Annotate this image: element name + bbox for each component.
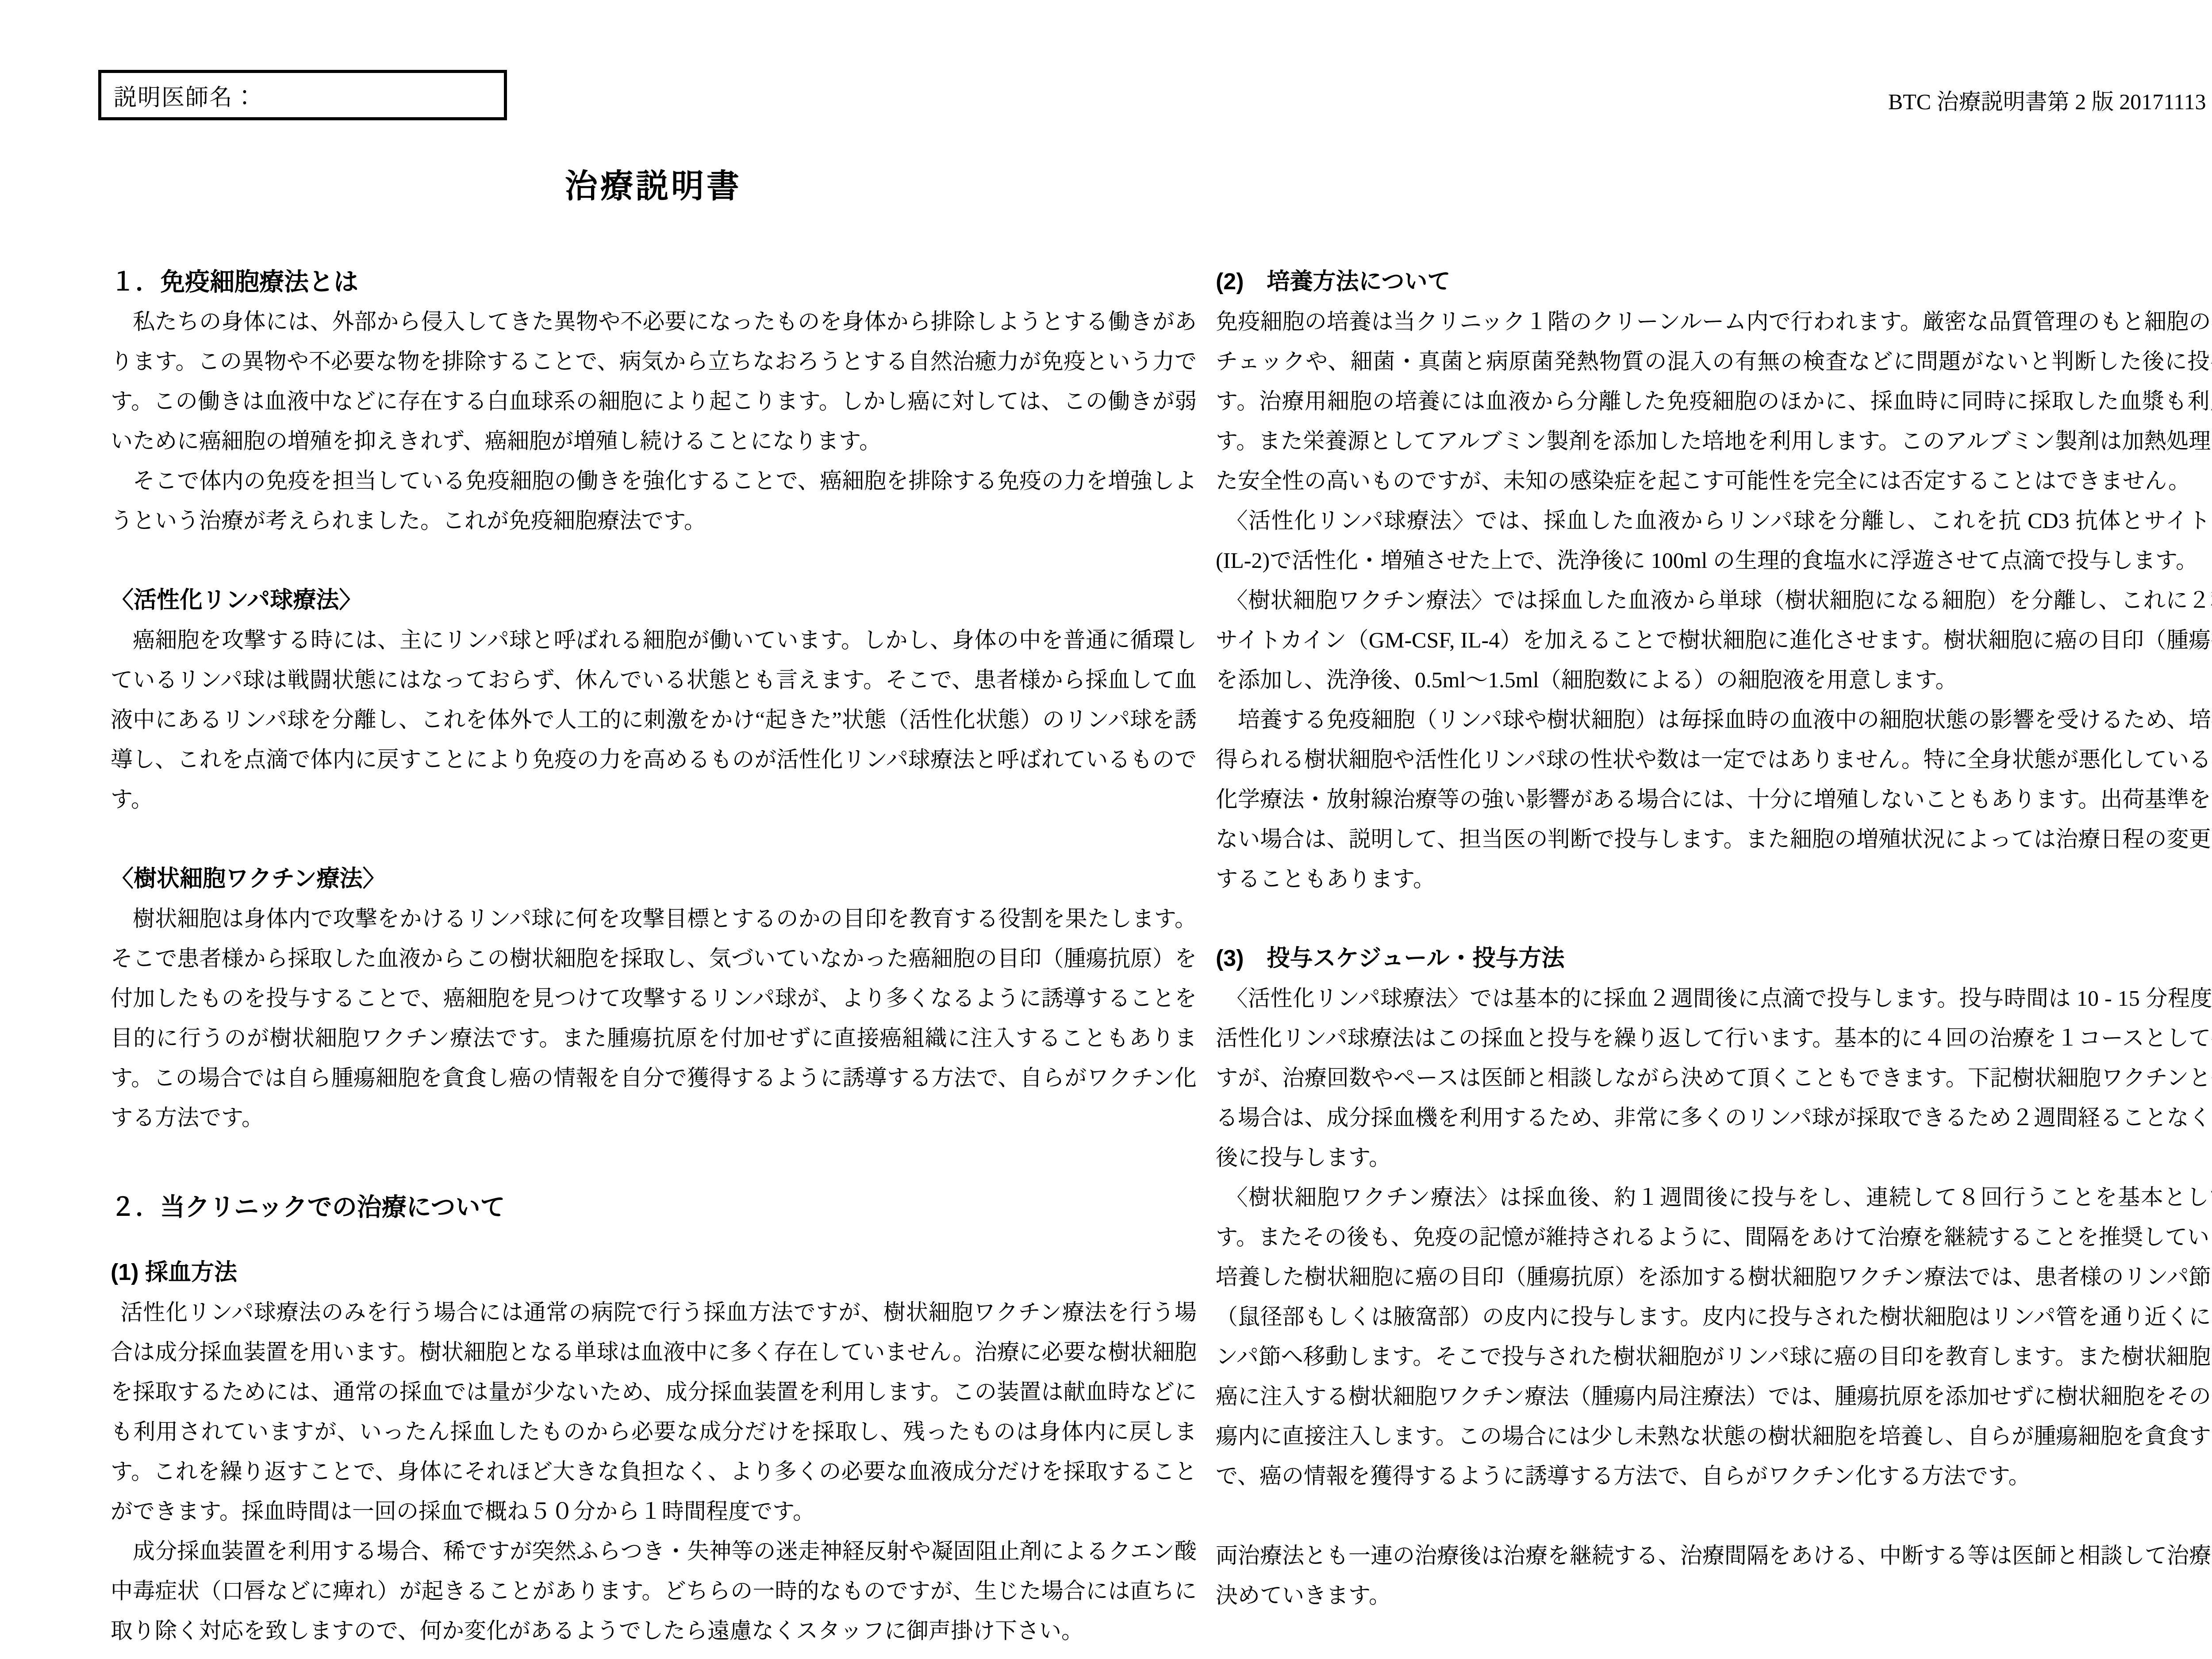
lymphocyte-therapy-paragraph: 癌細胞を攻撃する時には、主にリンパ球と呼ばれる細胞が働いています。しかし、身体の… — [111, 620, 1197, 819]
culture-method-paragraph-2: 〈活性化リンパ球療法〉では、採血した血液からリンパ球を分離し、これを抗 CD3 … — [1216, 501, 2212, 580]
document-page: 説明医師名： BTC 治療説明書第 2 版 20171113 改訂 治療説明書 … — [0, 0, 2212, 1659]
blood-collection-heading: (1) 採血方法 — [111, 1253, 1197, 1292]
lymphocyte-therapy-heading: 〈活性化リンパ球療法〉 — [111, 580, 1197, 620]
dendritic-vaccine-paragraph: 樹状細胞は身体内で攻撃をかけるリンパ球に何を攻撃目標とするのかの目印を教育する役… — [111, 899, 1197, 1138]
page-title: 治療説明書 — [565, 160, 742, 207]
blood-collection-paragraph-2: 成分採血装置を利用する場合、稀ですが突然ふらつき・失神等の迷走神経反射や凝固阻止… — [111, 1531, 1197, 1651]
dosing-schedule-paragraph-3: 培養した樹状細胞に癌の目印（腫瘍抗原）を添加する樹状細胞ワクチン療法では、患者様… — [1216, 1257, 2212, 1496]
section1-paragraph-2: そこで体内の免疫を担当している免疫細胞の働きを強化することで、癌細胞を排除する免… — [111, 461, 1197, 540]
dosing-schedule-paragraph-1: 〈活性化リンパ球療法〉では基本的に採血２週間後に点滴で投与します。投与時間は 1… — [1216, 978, 2212, 1177]
culture-method-paragraph-1: 免疫細胞の培養は当クリニック１階のクリーンルーム内で行われます。厳密な品質管理の… — [1216, 302, 2212, 501]
revision-note: BTC 治療説明書第 2 版 20171113 改訂 — [1888, 84, 2212, 116]
doctor-name-label: 説明医師名： — [101, 79, 257, 112]
culture-method-paragraph-3: 〈樹状細胞ワクチン療法〉では採血した血液から単球（樹状細胞になる細胞）を分離し、… — [1216, 580, 2212, 700]
section1-heading: １．免疫細胞療法とは — [111, 262, 1197, 302]
doctor-name-box: 説明医師名： — [98, 70, 507, 120]
section2-heading: ２．当クリニックでの治療について — [111, 1187, 1197, 1227]
right-column: (2) 培養方法について 免疫細胞の培養は当クリニック１階のクリーンルーム内で行… — [1216, 262, 2212, 1615]
left-column: １．免疫細胞療法とは 私たちの身体には、外部から侵入してきた異物や不必要になった… — [111, 262, 1197, 1651]
both-therapies-paragraph: 両治療法とも一連の治療後は治療を継続する、治療間隔をあける、中断する等は医師と相… — [1216, 1536, 2212, 1615]
culture-method-heading: (2) 培養方法について — [1216, 262, 2212, 302]
culture-method-paragraph-4: 培養する免疫細胞（リンパ球や樹状細胞）は毎採血時の血液中の細胞状態の影響を受ける… — [1216, 700, 2212, 899]
dosing-schedule-heading: (3) 投与スケジュール・投与方法 — [1216, 939, 2212, 978]
blood-collection-paragraph-1: 活性化リンパ球療法のみを行う場合には通常の病院で行う採血方法ですが、樹状細胞ワク… — [111, 1292, 1197, 1531]
dosing-schedule-paragraph-2: 〈樹状細胞ワクチン療法〉は採血後、約１週間後に投与をし、連続して８回行うことを基… — [1216, 1177, 2212, 1257]
dendritic-vaccine-heading: 〈樹状細胞ワクチン療法〉 — [111, 859, 1197, 899]
section1-paragraph-1: 私たちの身体には、外部から侵入してきた異物や不必要になったものを身体から排除しよ… — [111, 302, 1197, 461]
